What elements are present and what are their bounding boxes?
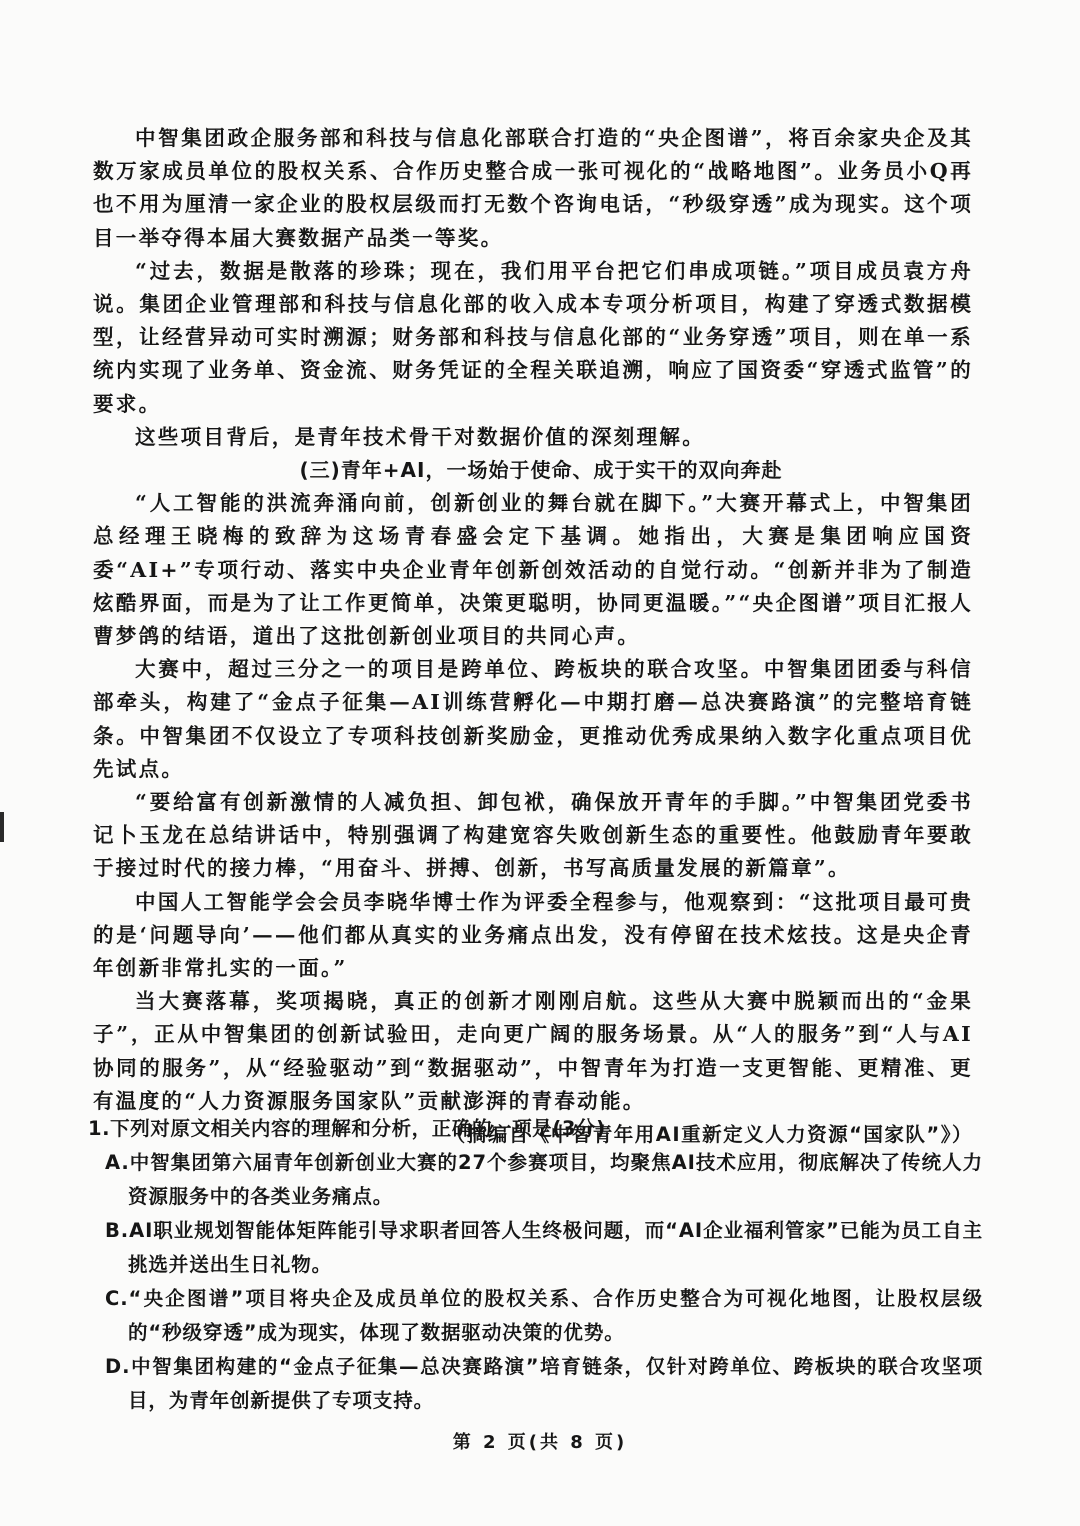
option-a[interactable]: A.中智集团第六届青年创新创业大赛的27个参赛项目，均聚焦AI技术应用，彻底解决… — [105, 1146, 983, 1214]
section-heading: (三)青年+AI，一场始于使命、成于实干的双向奔赴 — [93, 454, 973, 487]
scan-edge-mark — [0, 812, 4, 842]
reading-passage: 中智集团政企服务部和科技与信息化部联合打造的“央企图谱”，将百余家央企及其数万家… — [93, 122, 973, 1151]
paragraph-expert-comment: 中国人工智能学会会员李晓华博士作为评委全程参与，他观察到：“这批项目最可贵的是‘… — [93, 886, 973, 986]
option-text: AI职业规划智能体矩阵能引导求职者回答人生终极问题，而“AI企业福利管家”已能为… — [128, 1219, 983, 1276]
option-text: 中智集团第六届青年创新创业大赛的27个参赛项目，均聚焦AI技术应用，彻底解决了传… — [128, 1151, 983, 1208]
paragraph-conclusion: 当大赛落幕，奖项揭晓，真正的创新才刚刚启航。这些从大赛中脱颖而出的“金果子”，正… — [93, 985, 973, 1118]
option-letter: C. — [105, 1287, 129, 1310]
paragraph-opening-speech: “人工智能的洪流奔涌向前，创新创业的舞台就在脚下。”大赛开幕式上，中智集团总经理… — [93, 487, 973, 653]
paragraph-yangqi-tupu: 中智集团政企服务部和科技与信息化部联合打造的“央企图谱”，将百余家央企及其数万家… — [93, 122, 973, 255]
option-c[interactable]: C.“央企图谱”项目将央企及成员单位的股权关系、合作历史整合为可视化地图，让股权… — [105, 1282, 983, 1350]
exam-page: 中智集团政企服务部和科技与信息化部联合打造的“央企图谱”，将百余家央企及其数万家… — [0, 0, 1080, 1526]
option-text: “央企图谱”项目将央企及成员单位的股权关系、合作历史整合为可视化地图，让股权层级… — [128, 1287, 983, 1344]
option-letter: D. — [105, 1355, 130, 1378]
option-letter: B. — [105, 1219, 129, 1242]
question-1: 1.下列对原文相关内容的理解和分析，正确的一项是(3分) A.中智集团第六届青年… — [88, 1112, 983, 1418]
option-letter: A. — [105, 1151, 130, 1174]
paragraph-joint-projects: 大赛中，超过三分之一的项目是跨单位、跨板块的联合攻坚。中智集团团委与科信部牵头，… — [93, 653, 973, 786]
paragraph-party-secretary: “要给富有创新激情的人减负担、卸包袱，确保放开青年的手脚。”中智集团党委书记卜玉… — [93, 786, 973, 886]
option-d[interactable]: D.中智集团构建的“金点子征集—总决赛路演”培育链条，仅针对跨单位、跨板块的联合… — [105, 1350, 983, 1418]
option-b[interactable]: B.AI职业规划智能体矩阵能引导求职者回答人生终极问题，而“AI企业福利管家”已… — [105, 1214, 983, 1282]
page-number: 第 2 页(共 8 页) — [0, 1428, 1080, 1454]
paragraph-data-pearls: “过去，数据是散落的珍珠；现在，我们用平台把它们串成项链。”项目成员袁方舟说。集… — [93, 255, 973, 421]
option-text: 中智集团构建的“金点子征集—总决赛路演”培育链条，仅针对跨单位、跨板块的联合攻坚… — [128, 1355, 983, 1412]
paragraph-tech-backbone: 这些项目背后，是青年技术骨干对数据价值的深刻理解。 — [93, 421, 973, 454]
question-stem: 1.下列对原文相关内容的理解和分析，正确的一项是(3分) — [88, 1112, 983, 1146]
